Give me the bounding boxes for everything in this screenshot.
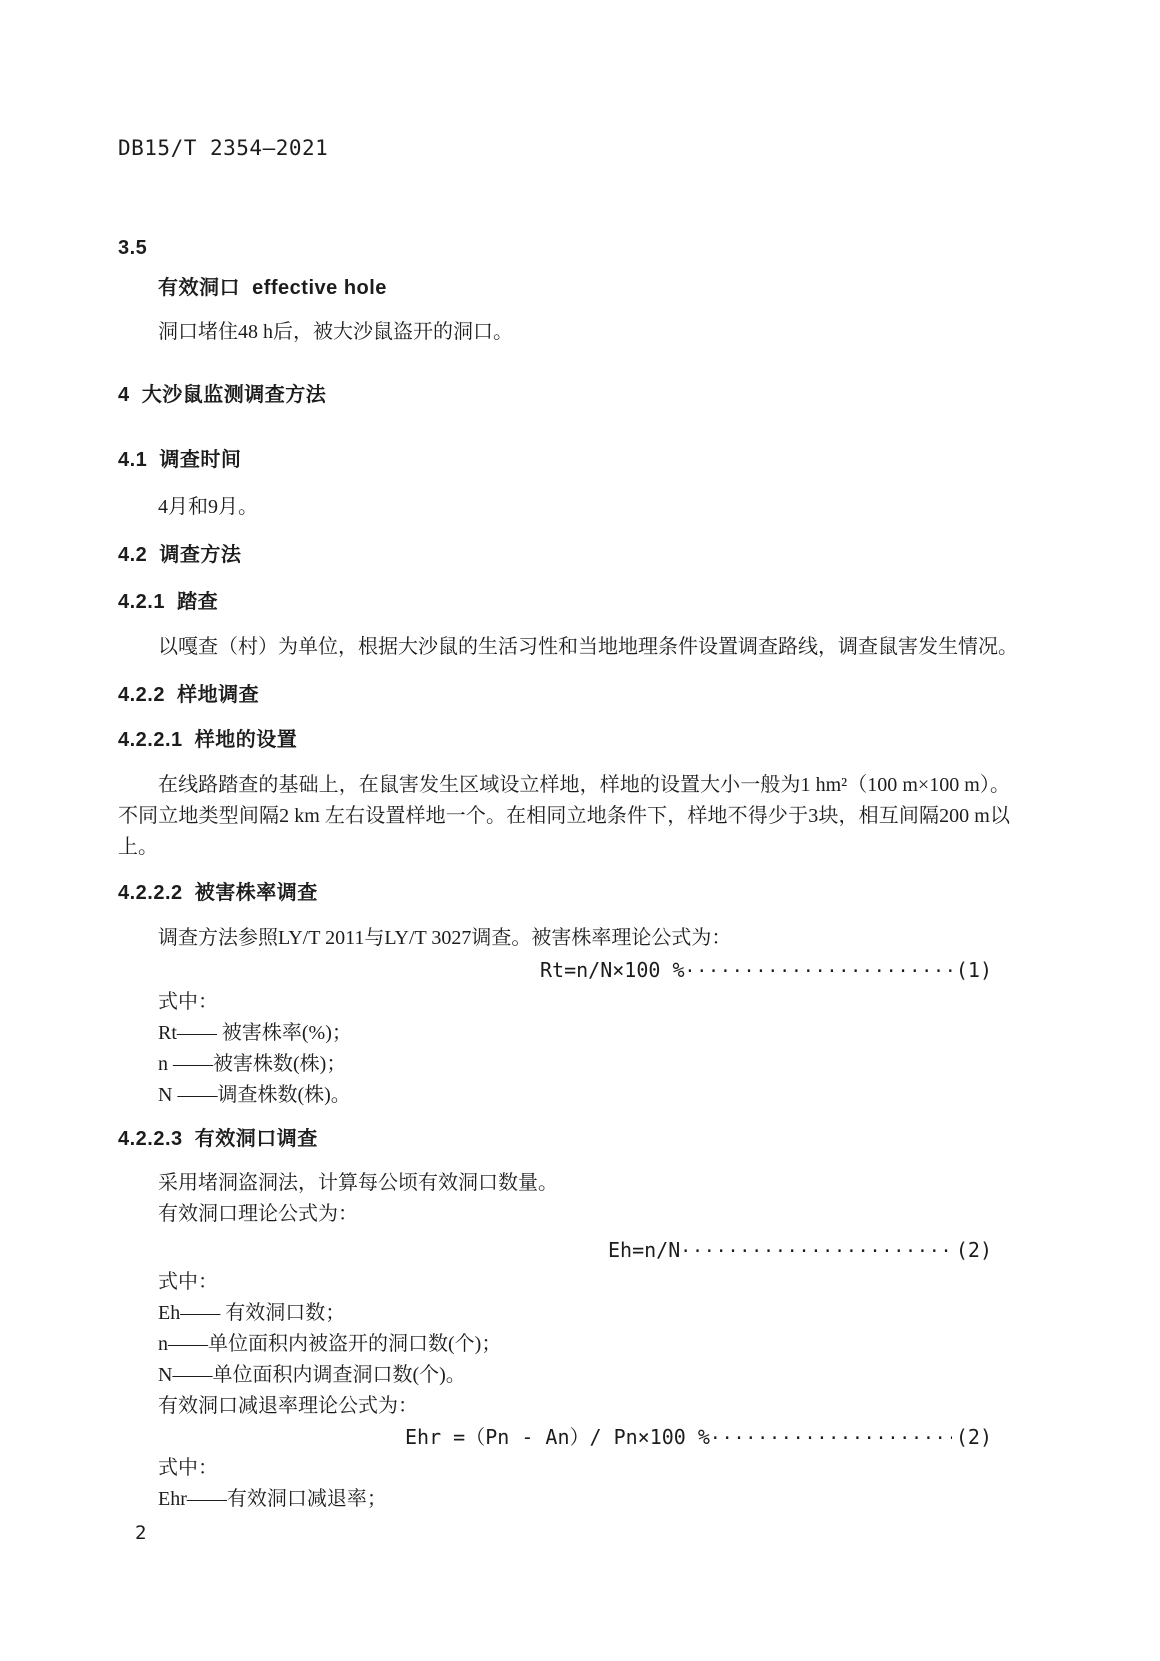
formula-3-expression: Ehr =（Pn - An）/ Pn×100 %: [405, 1422, 710, 1453]
formula-3: Ehr =（Pn - An）/ Pn×100 % (2): [118, 1422, 992, 1454]
heading-4-1: 4.1 调查时间: [118, 445, 241, 476]
formula-2-number: (2): [952, 1235, 992, 1266]
formula-1-number: (1): [952, 955, 992, 986]
heading-4-2-2-1: 4.2.2.1 样地的设置: [118, 725, 297, 756]
formula-1-expression: Rt=n/N×100 %: [540, 955, 685, 986]
formula-2-term-cap-n: N——单位面积内调查洞口数(个)。: [158, 1360, 466, 1391]
body-4-2-2-3-intro3: 有效洞口减退率理论公式为：: [158, 1391, 418, 1422]
heading-4: 4 大沙鼠监测调查方法: [118, 380, 326, 411]
section-number-3-5: 3.5: [118, 233, 147, 264]
term-definition: 洞口堵住48 h后，被大沙鼠盗开的洞口。: [158, 317, 513, 348]
formula-2: Eh=n/N (2): [118, 1235, 992, 1267]
formula-3-term-ehr: Ehr——有效洞口减退率；: [158, 1484, 387, 1515]
formula-2-term-eh: Eh—— 有效洞口数；: [158, 1298, 345, 1329]
formula-1-term-n: n ——被害株数(株)；: [158, 1049, 346, 1080]
formula-2-expression: Eh=n/N: [608, 1235, 680, 1266]
body-4-2-2-3-intro2: 有效洞口理论公式为：: [158, 1199, 358, 1230]
where-label-2: 式中：: [158, 1267, 218, 1298]
formula-1-term-cap-n: N ——调查株数(株)。: [158, 1080, 351, 1111]
heading-4-2-1: 4.2.1 踏查: [118, 587, 218, 618]
dot-leader: [685, 956, 952, 987]
page-number: 2: [135, 1518, 146, 1549]
heading-4-2-2-3: 4.2.2.3 有效洞口调查: [118, 1124, 318, 1155]
document-page: DB15/T 2354—2021 3.5 有效洞口 effective hole…: [0, 0, 1160, 1661]
formula-2-term-n: n——单位面积内被盗开的洞口数(个)；: [158, 1329, 501, 1360]
formula-3-number: (2): [952, 1422, 992, 1453]
body-4-2-2-2-intro: 调查方法参照LY/T 2011与LY/T 3027调查。被害株率理论公式为：: [158, 923, 731, 954]
term-title: 有效洞口 effective hole: [158, 273, 387, 304]
where-label-3: 式中：: [158, 1453, 218, 1484]
formula-1: Rt=n/N×100 % (1): [118, 955, 992, 987]
where-label-1: 式中：: [158, 987, 218, 1018]
doc-code-header: DB15/T 2354—2021: [118, 133, 328, 164]
heading-4-2-2-2: 4.2.2.2 被害株率调查: [118, 878, 318, 909]
body-4-2-1: 以嘎查（村）为单位，根据大沙鼠的生活习性和当地地理条件设置调查路线，调查鼠害发生…: [158, 632, 1018, 663]
body-4-2-2-3-intro1: 采用堵洞盗洞法，计算每公顷有效洞口数量。: [158, 1168, 558, 1199]
body-4-2-2-1: 在线路踏查的基础上，在鼠害发生区域设立样地，样地的设置大小一般为1 hm²（10…: [118, 770, 1010, 863]
dot-leader: [680, 1236, 952, 1267]
heading-4-2: 4.2 调查方法: [118, 540, 241, 571]
body-4-1: 4月和9月。: [158, 492, 258, 523]
heading-4-2-2: 4.2.2 样地调查: [118, 680, 259, 711]
dot-leader: [710, 1423, 952, 1454]
formula-1-term-rt: Rt—— 被害株率(%)；: [158, 1018, 352, 1049]
